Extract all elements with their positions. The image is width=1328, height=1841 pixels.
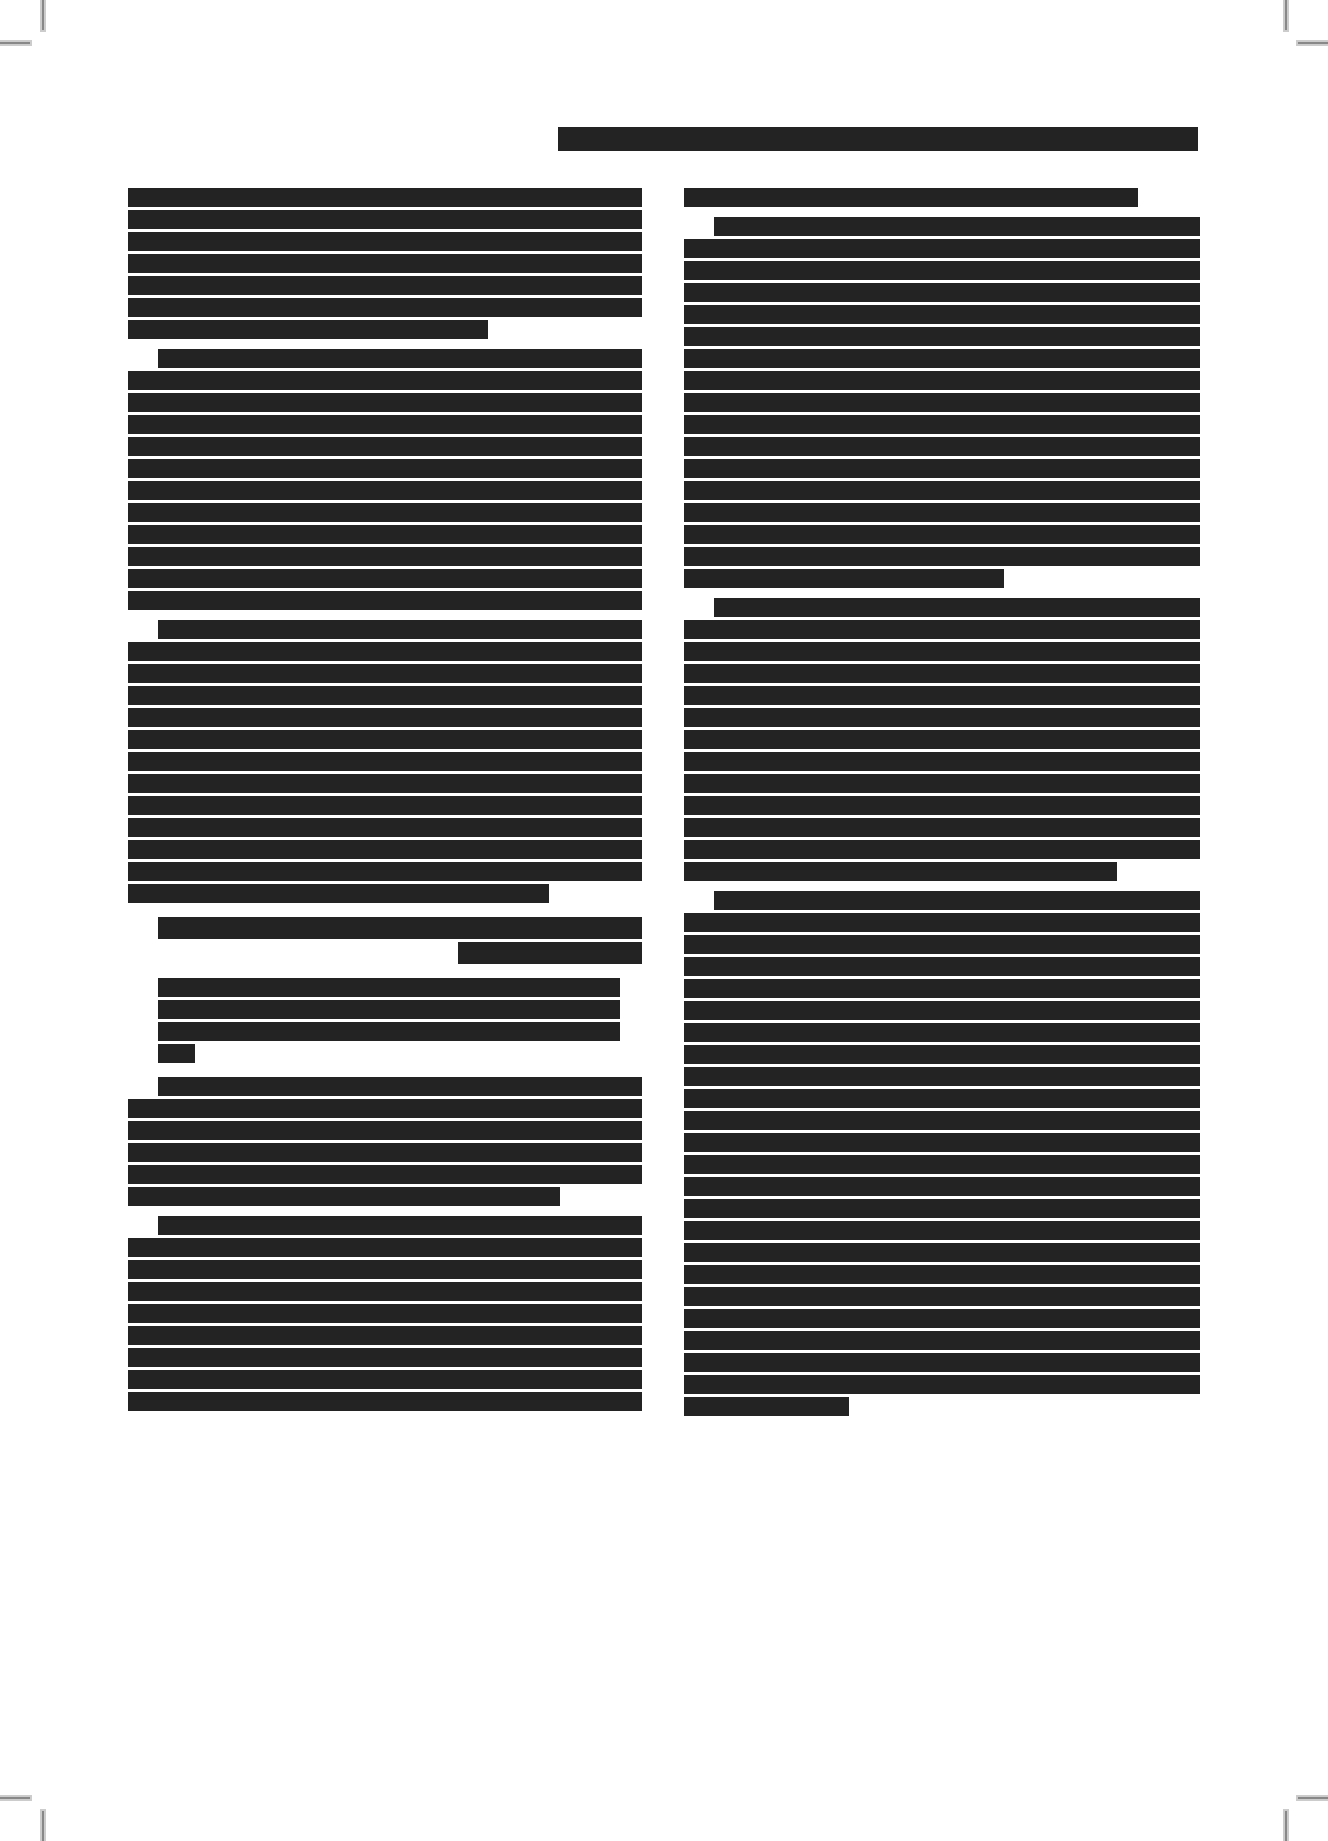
text-line-redacted xyxy=(158,349,642,368)
text-line-redacted xyxy=(684,481,1200,500)
text-line-redacted xyxy=(684,620,1200,639)
text-line-redacted xyxy=(128,1121,642,1140)
text-line-redacted xyxy=(128,1282,642,1301)
text-line-redacted xyxy=(684,664,1200,683)
text-line-redacted xyxy=(684,525,1200,544)
text-line-redacted xyxy=(684,913,1200,932)
text-line-redacted xyxy=(684,752,1200,771)
text-line-redacted xyxy=(128,1187,560,1206)
paragraph-redacted xyxy=(128,620,642,903)
text-line-redacted xyxy=(684,957,1200,976)
text-line-redacted xyxy=(684,503,1200,522)
text-line-redacted xyxy=(684,437,1200,456)
text-line-redacted xyxy=(128,481,642,500)
paragraph-redacted xyxy=(684,598,1200,881)
text-line-redacted xyxy=(714,891,1200,910)
text-line-redacted xyxy=(684,979,1200,998)
abstract-block-redacted xyxy=(158,978,620,1063)
text-line-redacted xyxy=(684,642,1200,661)
text-line-redacted xyxy=(128,1326,642,1345)
text-line-redacted xyxy=(684,1089,1200,1108)
text-line-redacted xyxy=(128,320,488,339)
text-line-redacted xyxy=(128,752,642,771)
text-line-redacted xyxy=(128,547,642,566)
paragraph-redacted xyxy=(684,188,1200,207)
paragraph-redacted xyxy=(128,1077,642,1206)
crop-mark-bottom-right-h xyxy=(1298,1797,1328,1799)
abstract-line-redacted xyxy=(158,1000,620,1019)
crop-mark-bottom-left-v xyxy=(42,1811,44,1841)
text-line-redacted xyxy=(714,217,1200,236)
text-line-redacted xyxy=(684,1023,1200,1042)
text-line-redacted xyxy=(128,774,642,793)
text-line-redacted xyxy=(684,327,1200,346)
text-line-redacted xyxy=(684,305,1200,324)
crop-mark-top-left-v xyxy=(42,0,44,30)
abstract-line-redacted xyxy=(158,978,620,997)
running-header-redacted xyxy=(558,127,1198,151)
text-line-redacted xyxy=(128,818,642,837)
text-line-redacted xyxy=(684,774,1200,793)
text-line-redacted xyxy=(684,1221,1200,1240)
text-line-redacted xyxy=(128,708,642,727)
text-line-redacted xyxy=(128,371,642,390)
text-line-redacted xyxy=(128,1238,642,1257)
text-line-redacted xyxy=(684,1001,1200,1020)
text-line-redacted xyxy=(128,210,642,229)
text-line-redacted xyxy=(684,459,1200,478)
abstract-line-redacted xyxy=(158,1022,620,1041)
left-column xyxy=(128,188,642,1421)
text-line-redacted xyxy=(128,525,642,544)
text-line-redacted xyxy=(684,1375,1200,1394)
text-line-redacted xyxy=(684,1287,1200,1306)
text-line-redacted xyxy=(128,1099,642,1118)
text-line-redacted xyxy=(684,1243,1200,1262)
text-line-redacted xyxy=(684,283,1200,302)
text-line-redacted xyxy=(128,1304,642,1323)
text-line-redacted xyxy=(128,188,642,207)
text-line-redacted xyxy=(128,393,642,412)
paragraph-redacted xyxy=(128,188,642,339)
text-line-redacted xyxy=(128,276,642,295)
text-line-redacted xyxy=(714,598,1200,617)
text-line-redacted xyxy=(128,1143,642,1162)
text-line-redacted xyxy=(684,1133,1200,1152)
text-line-redacted xyxy=(684,415,1200,434)
text-line-redacted xyxy=(128,591,642,610)
text-line-redacted xyxy=(684,1265,1200,1284)
right-column xyxy=(684,188,1200,1426)
text-line-redacted xyxy=(684,393,1200,412)
crop-mark-bottom-right-v xyxy=(1285,1811,1287,1841)
text-line-redacted xyxy=(684,796,1200,815)
text-line-redacted xyxy=(684,188,1138,207)
text-line-redacted xyxy=(158,1216,642,1235)
text-line-redacted xyxy=(684,818,1200,837)
left-column-paragraphs-after-heading xyxy=(128,1077,642,1411)
text-line-redacted xyxy=(128,1260,642,1279)
crop-mark-top-right-h xyxy=(1298,42,1328,44)
text-line-redacted xyxy=(128,459,642,478)
text-line-redacted xyxy=(128,415,642,434)
text-line-redacted xyxy=(128,862,642,881)
text-line-redacted xyxy=(128,569,642,588)
text-line-redacted xyxy=(684,708,1200,727)
right-column-paragraphs xyxy=(684,188,1200,1416)
section-heading-redacted xyxy=(158,917,642,964)
text-line-redacted xyxy=(128,298,642,317)
text-line-redacted xyxy=(684,1045,1200,1064)
text-line-redacted xyxy=(128,1370,642,1389)
text-line-redacted xyxy=(684,1309,1200,1328)
text-line-redacted xyxy=(684,935,1200,954)
text-line-redacted xyxy=(128,664,642,683)
text-line-redacted xyxy=(128,840,642,859)
crop-mark-bottom-left-h xyxy=(0,1797,30,1799)
text-line-redacted xyxy=(684,239,1200,258)
text-line-redacted xyxy=(158,620,642,639)
text-line-redacted xyxy=(684,261,1200,280)
text-line-redacted xyxy=(128,1165,642,1184)
text-line-redacted xyxy=(684,862,1117,881)
text-line-redacted xyxy=(684,686,1200,705)
text-line-redacted xyxy=(128,254,642,273)
crop-mark-top-right-v xyxy=(1285,0,1287,30)
text-line-redacted xyxy=(158,1077,642,1096)
paragraph-redacted xyxy=(684,891,1200,1416)
text-line-redacted xyxy=(128,1392,642,1411)
text-line-redacted xyxy=(684,1397,849,1416)
text-line-redacted xyxy=(684,569,1004,588)
text-line-redacted xyxy=(128,437,642,456)
text-line-redacted xyxy=(128,884,549,903)
text-line-redacted xyxy=(128,730,642,749)
heading-line-redacted xyxy=(158,917,642,939)
text-line-redacted xyxy=(684,371,1200,390)
text-line-redacted xyxy=(684,840,1200,859)
text-line-redacted xyxy=(684,1111,1200,1130)
text-line-redacted xyxy=(684,1155,1200,1174)
text-line-redacted xyxy=(684,1177,1200,1196)
paragraph-redacted xyxy=(128,349,642,610)
paragraph-redacted xyxy=(684,217,1200,588)
text-line-redacted xyxy=(128,232,642,251)
crop-mark-top-left-h xyxy=(0,42,30,44)
abstract-line-redacted xyxy=(158,1044,195,1063)
left-column-paragraphs xyxy=(128,188,642,903)
text-line-redacted xyxy=(684,1353,1200,1372)
text-line-redacted xyxy=(128,796,642,815)
paragraph-redacted xyxy=(128,1216,642,1411)
text-line-redacted xyxy=(128,1348,642,1367)
text-line-redacted xyxy=(684,1067,1200,1086)
text-line-redacted xyxy=(128,686,642,705)
text-line-redacted xyxy=(684,1199,1200,1218)
text-line-redacted xyxy=(684,349,1200,368)
text-line-redacted xyxy=(128,503,642,522)
text-line-redacted xyxy=(684,1331,1200,1350)
text-line-redacted xyxy=(684,547,1200,566)
text-line-redacted xyxy=(684,730,1200,749)
text-line-redacted xyxy=(128,642,642,661)
heading-line-redacted xyxy=(458,942,642,964)
